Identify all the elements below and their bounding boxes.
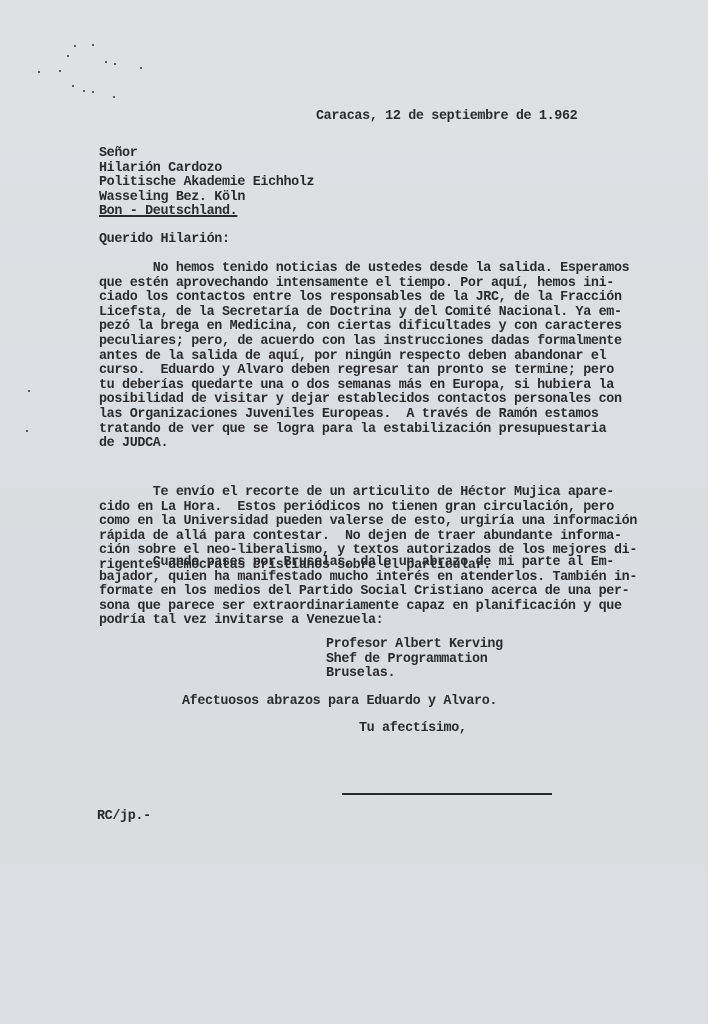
ink-speck — [74, 45, 76, 47]
typist-initials: RC/jp.- — [97, 810, 151, 825]
ink-speck — [140, 67, 142, 69]
body-paragraph-1: No hemos tenido noticias de ustedes desd… — [99, 262, 629, 452]
ink-speck — [26, 430, 28, 432]
letter-page: Caracas, 12 de septiembre de 1.962 Señor… — [0, 0, 708, 1024]
ink-speck — [67, 55, 69, 57]
ink-speck — [38, 71, 40, 73]
signature-line — [342, 793, 552, 795]
referral-contact: Profesor Albert Kerving Shef de Programm… — [326, 638, 503, 682]
closing-greeting: Afectuosos abrazos para Eduardo y Alvaro… — [182, 695, 497, 710]
ink-speck — [105, 61, 107, 63]
ink-speck — [83, 90, 85, 92]
recipient-address: Señor Hilarión Cardozo Politische Akadem… — [99, 147, 314, 220]
body-paragraph-3: Cuando pases por Bruselas, dale un abraz… — [99, 556, 637, 629]
recipient-title: Señor — [99, 146, 137, 161]
recipient-locality: Wasseling Bez. Köln — [99, 190, 245, 205]
recipient-country: Bon - Deutschland. — [99, 204, 237, 219]
ink-speck — [92, 44, 94, 46]
ink-speck — [28, 390, 30, 392]
ink-speck — [72, 85, 74, 87]
ink-speck — [113, 96, 115, 98]
ink-speck — [114, 63, 116, 65]
recipient-institution: Politische Akademie Eichholz — [99, 175, 314, 190]
date-line: Caracas, 12 de septiembre de 1.962 — [316, 110, 577, 125]
complimentary-close: Tu afectísimo, — [359, 722, 467, 737]
ink-speck — [59, 70, 61, 72]
recipient-name: Hilarión Cardozo — [99, 161, 222, 176]
ink-speck — [92, 91, 94, 93]
salutation: Querido Hilarión: — [99, 233, 230, 248]
